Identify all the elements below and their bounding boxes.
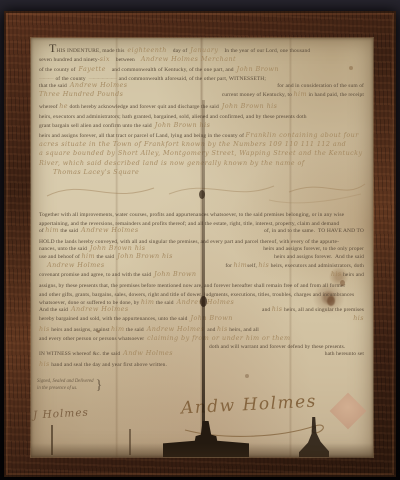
handwritten-text: Andw Holmes (123, 349, 173, 358)
printed-text: And the said (39, 306, 71, 315)
printed-text: heirs and assigns forever. And the said (274, 253, 364, 262)
handwritten-text: his (272, 305, 283, 314)
printed-text: the said (154, 300, 176, 306)
handwritten-text: Andrew Holmes Merchant (141, 55, 236, 63)
printed-text: for (225, 262, 233, 271)
handwritten-text: Fayette (79, 65, 106, 73)
handwritten-text: his (331, 270, 342, 279)
printed-text: and (262, 306, 272, 315)
handwritten-text: his (258, 261, 269, 270)
handwritten-text: him (293, 90, 307, 99)
handwritten-text: his (39, 325, 50, 333)
printed-text: in hand paid, the receipt (307, 91, 364, 100)
printed-text: heirs, executors and administrators, dot… (269, 262, 364, 271)
shadow-mark-left-1 (51, 425, 53, 455)
printed-text: hand and seal the day and year first abo… (50, 362, 167, 368)
handwritten-text: him (111, 325, 125, 333)
handwritten-text: his (39, 360, 50, 368)
printed-text: and every other person or persons whatso… (39, 336, 147, 342)
handwritten-text: Andrew Holmes (47, 261, 105, 270)
handwritten-text: he (59, 102, 68, 110)
tear-stain-lower (200, 296, 207, 307)
handwritten-text: six (100, 55, 110, 63)
handwritten-text: Andrew Holmes (70, 81, 128, 90)
printed-text: hath hereunto set (325, 350, 364, 359)
deed-document: THIS INDENTURE, made this eighteenth day… (31, 38, 373, 457)
handwritten-text: claiming by from or under him or them (147, 334, 290, 342)
handwritten-text: Andrew Holmes (71, 305, 129, 314)
handwritten-text: Three Hundred Pounds (39, 90, 123, 99)
witness-signature: J Holmes (33, 407, 90, 422)
handwritten-text: him (45, 226, 59, 235)
attestation-brace: } (96, 379, 103, 392)
stain-speck (245, 374, 249, 378)
handwritten-text: John Brown his (90, 244, 146, 253)
printed-text: and commonwealth aforesaid, of the other… (116, 76, 266, 82)
handwritten-text: Andrew Holmes (147, 325, 205, 333)
wax-seal (330, 393, 367, 430)
document-line: of the county of Fayette and commonwealt… (39, 62, 364, 71)
handwritten-text: eighteenth (127, 46, 166, 54)
handwritten-text: a square bounded by Short Alley, Montgom… (39, 149, 363, 157)
handwritten-text: John Brown (190, 314, 232, 323)
handwritten-text: Andrew Holmes (81, 226, 139, 235)
handwritten-text: his (353, 314, 364, 323)
handwritten-text: John Brown (154, 270, 196, 279)
handwritten-text: Franklin containing about four (246, 131, 359, 139)
attestation-lines: Signed, Sealed and Delivered in the pres… (37, 379, 94, 392)
picture-frame: THIS INDENTURE, made this eighteenth day… (4, 11, 396, 477)
attestation-line-2: in the presence of us. (37, 386, 94, 393)
paper-fold-tear (202, 100, 205, 427)
printed-text: for and in consideration of the sum of (277, 82, 364, 91)
attestation-block: Signed, Sealed and Delivered in the pres… (37, 379, 102, 392)
handwritten-text: John Brown his (222, 102, 278, 110)
tear-stain-upper (199, 190, 205, 199)
handwritten-text: John Brown his (117, 252, 173, 261)
handwritten-text: him (81, 252, 95, 261)
printed-text: heirs, all and singular the premises (283, 306, 364, 315)
document-line: Three Hundred Poundscurrent money of Ken… (39, 90, 364, 99)
handwritten-text: him (234, 261, 248, 270)
handwritten-text: John Brown (237, 65, 279, 73)
printed-text: self, (247, 262, 258, 271)
handwritten-text: acres situate in the Town of Frankfort k… (39, 140, 346, 148)
handwritten-text: January (190, 46, 218, 54)
printed-text: heirs and assigns forever, to the only p… (263, 245, 364, 254)
handwritten-text: River, which said described land is now … (39, 159, 305, 167)
framed-document-photo: THIS INDENTURE, made this eighteenth day… (0, 0, 400, 480)
document-line: THIS INDENTURE, made this eighteenth day… (39, 43, 364, 52)
handwritten-text: his (217, 325, 228, 333)
handwritten-text: him (141, 298, 155, 306)
shadow-mark-left-2 (129, 429, 131, 455)
